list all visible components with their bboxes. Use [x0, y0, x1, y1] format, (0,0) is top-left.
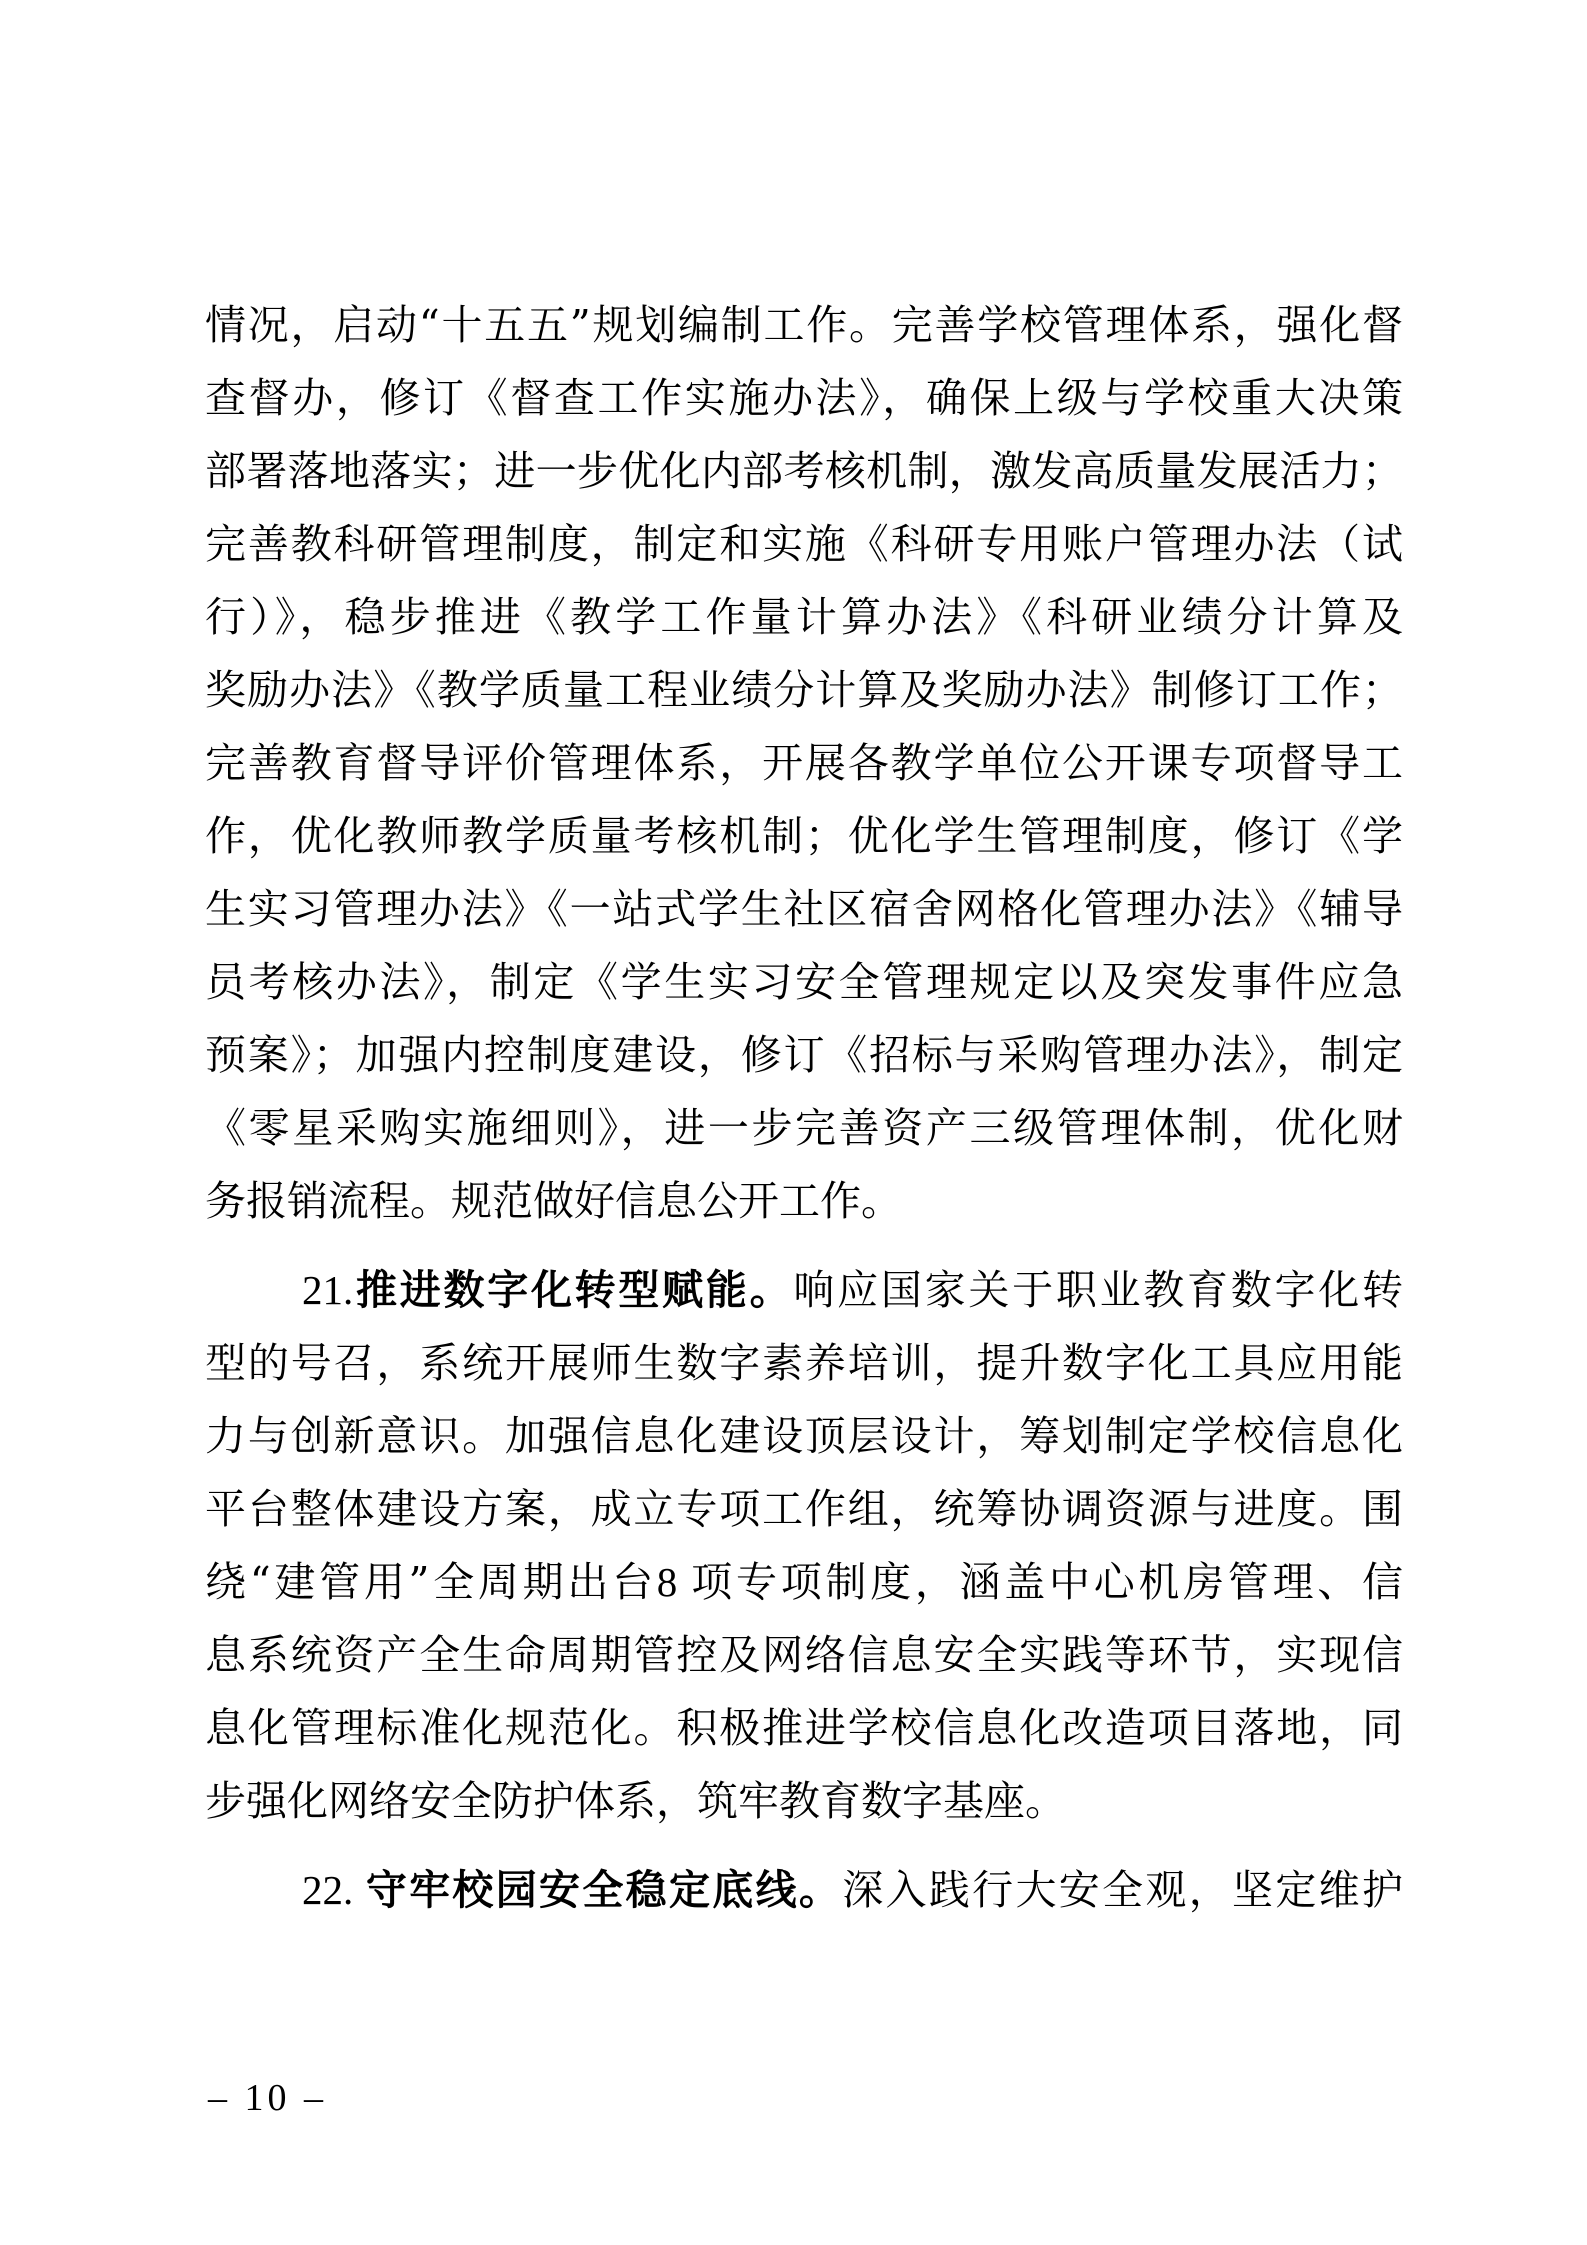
text-line: 员考核办法》，制定《学生实习安全管理规定以及突发事件应急: [205, 946, 1403, 1019]
text-line: 情况，启动“十五五”规划编制工作。完善学校管理体系，强化督: [205, 289, 1403, 362]
text-line: 21.推进数字化转型赋能。响应国家关于职业教育数字化转: [205, 1254, 1403, 1327]
section-number: 8: [657, 1559, 691, 1605]
body-text: 完善教科研管理制度，制定和实施《科研专用账户管理办法（试: [205, 520, 1403, 568]
body-text: 步强化网络安全防护体系，筑牢教育数字基座。: [205, 1777, 1066, 1825]
text-line: 《零星采购实施细则》，进一步完善资产三级管理体制，优化财: [205, 1092, 1403, 1165]
body-text: 查督办，修订《督查工作实施办法》，确保上级与学校重大决策: [205, 374, 1403, 422]
body-text: 深入践行大安全观，坚定维护: [842, 1866, 1403, 1914]
text-line: 平台整体建设方案，成立专项工作组，统筹协调资源与进度。围: [205, 1473, 1403, 1546]
text-line: 息系统资产全生命周期管控及网络信息安全实践等环节，实现信: [205, 1619, 1403, 1692]
section-heading: 推进数字化转型赋能。: [353, 1266, 793, 1314]
body-text: 型的号召，系统开展师生数字素养培训，提升数字化工具应用能: [205, 1339, 1403, 1387]
text-line: 22. 守牢校园安全稳定底线。深入践行大安全观，坚定维护: [205, 1854, 1403, 1927]
text-block: 情况，启动“十五五”规划编制工作。完善学校管理体系，强化督查督办，修订《督查工作…: [205, 289, 1403, 1927]
body-text: 情况，启动“十五五”规划编制工作。完善学校管理体系，强化督: [205, 301, 1403, 349]
text-line: 息化管理标准化规范化。积极推进学校信息化改造项目落地，同: [205, 1692, 1403, 1765]
body-text: 作，优化教师教学质量考核机制；优化学生管理制度，修订《学: [205, 812, 1403, 860]
text-line: 力与创新意识。加强信息化建设顶层设计，筹划制定学校信息化: [205, 1400, 1403, 1473]
body-text: 息化管理标准化规范化。积极推进学校信息化改造项目落地，同: [205, 1704, 1403, 1752]
document-page: 情况，启动“十五五”规划编制工作。完善学校管理体系，强化督查督办，修订《督查工作…: [0, 0, 1587, 2245]
body-text: 项专项制度，涵盖中心机房管理、信: [691, 1558, 1403, 1606]
text-line: 完善教科研管理制度，制定和实施《科研专用账户管理办法（试: [205, 508, 1403, 581]
text-line: 完善教育督导评价管理体系，开展各教学单位公开课专项督导工: [205, 727, 1403, 800]
text-line: 查督办，修订《督查工作实施办法》，确保上级与学校重大决策: [205, 362, 1403, 435]
body-text: 息系统资产全生命周期管控及网络信息安全实践等环节，实现信: [205, 1631, 1403, 1679]
body-text: 预案》；加强内控制度建设，修订《招标与采购管理办法》，制定: [205, 1031, 1403, 1079]
text-line: 作，优化教师教学质量考核机制；优化学生管理制度，修订《学: [205, 800, 1403, 873]
body-text: 力与创新意识。加强信息化建设顶层设计，筹划制定学校信息化: [205, 1412, 1403, 1460]
page-number: – 10 –: [208, 2074, 327, 2122]
section-number: 22.: [302, 1867, 366, 1913]
body-text: 奖励办法》《教学质量工程业绩分计算及奖励办法》制修订工作；: [205, 666, 1403, 714]
body-text: 行）》，稳步推进《教学工作量计算办法》《科研业绩分计算及: [205, 593, 1403, 641]
body-text: 务报销流程。规范做好信息公开工作。: [205, 1177, 902, 1225]
body-text: 平台整体建设方案，成立专项工作组，统筹协调资源与进度。围: [205, 1485, 1403, 1533]
body-text: 部署落地落实；进一步优化内部考核机制，激发高质量发展活力；: [205, 447, 1403, 495]
text-line: 步强化网络安全防护体系，筑牢教育数字基座。: [205, 1765, 1403, 1838]
text-line: 行）》，稳步推进《教学工作量计算办法》《科研业绩分计算及: [205, 581, 1403, 654]
text-line: 型的号召，系统开展师生数字素养培训，提升数字化工具应用能: [205, 1327, 1403, 1400]
body-text: 完善教育督导评价管理体系，开展各教学单位公开课专项督导工: [205, 739, 1403, 787]
text-line: 务报销流程。规范做好信息公开工作。: [205, 1165, 1403, 1238]
body-text: 《零星采购实施细则》，进一步完善资产三级管理体制，优化财: [205, 1104, 1403, 1152]
section-heading: 守牢校园安全稳定底线。: [366, 1866, 842, 1914]
section-number: 21.: [302, 1267, 353, 1313]
text-line: 生实习管理办法》《一站式学生社区宿舍网格化管理办法》《辅导: [205, 873, 1403, 946]
body-text: 员考核办法》，制定《学生实习安全管理规定以及突发事件应急: [205, 958, 1403, 1006]
text-line: 部署落地落实；进一步优化内部考核机制，激发高质量发展活力；: [205, 435, 1403, 508]
body-text: 响应国家关于职业教育数字化转: [793, 1266, 1403, 1314]
text-line: 奖励办法》《教学质量工程业绩分计算及奖励办法》制修订工作；: [205, 654, 1403, 727]
text-line: 绕“建管用”全周期出台8 项专项制度，涵盖中心机房管理、信: [205, 1546, 1403, 1619]
body-text: 生实习管理办法》《一站式学生社区宿舍网格化管理办法》《辅导: [205, 885, 1403, 933]
body-text: 绕“建管用”全周期出台: [205, 1558, 657, 1606]
text-line: 预案》；加强内控制度建设，修订《招标与采购管理办法》，制定: [205, 1019, 1403, 1092]
